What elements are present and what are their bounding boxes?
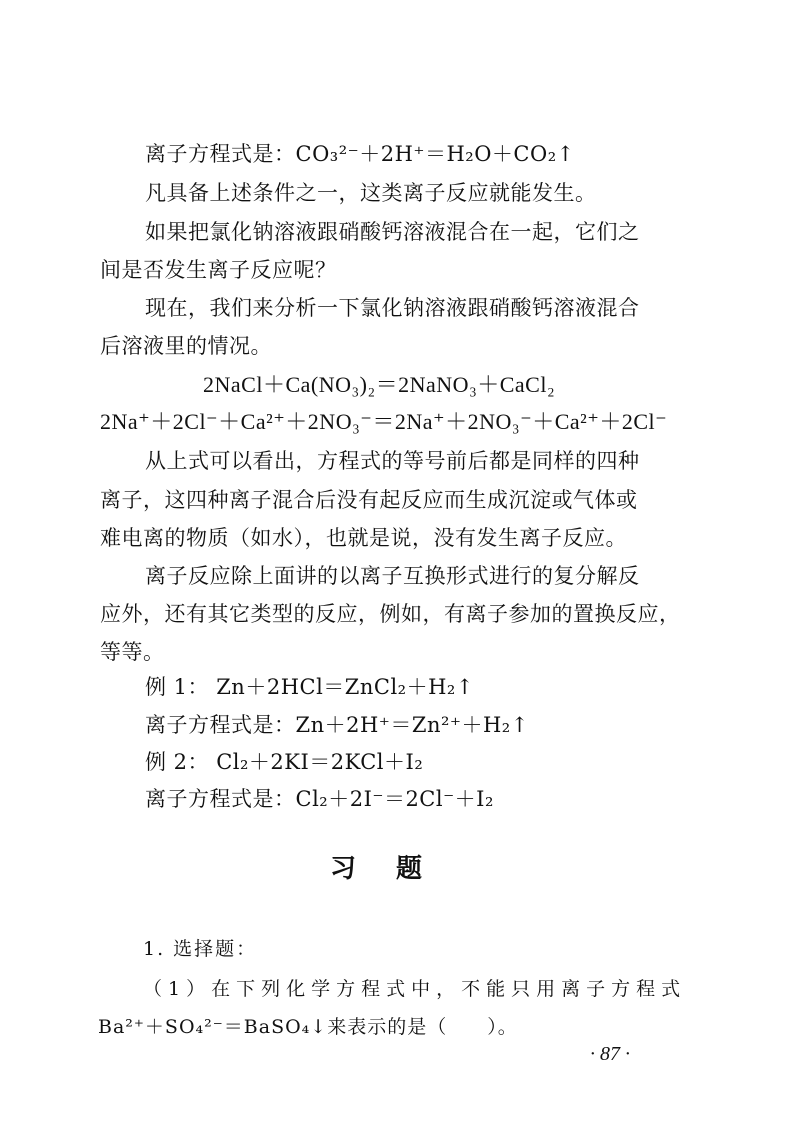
paragraph-line: 间是否发生离子反应呢？	[100, 254, 337, 284]
paragraph-line: 如果把氯化钠溶液跟硝酸钙溶液混合在一起，它们之	[145, 216, 640, 246]
paragraph-line: 离子，这四种离子混合后没有起反应而生成沉淀或气体或	[100, 484, 638, 514]
paragraph-line: 从上式可以看出，方程式的等号前后都是同样的四种	[145, 445, 640, 475]
page-number: · 87 ·	[590, 1043, 630, 1066]
exercises-title: 习题	[330, 848, 462, 885]
ionic-equation-co3: 离子方程式是：CO₃²⁻＋2H⁺＝H₂O＋CO₂↑	[145, 138, 575, 168]
chemical-equation: 2NaCl＋Ca(NO₃)₂＝2NaNO₃＋CaCl₂	[203, 368, 555, 399]
paragraph-line: 凡具备上述条件之一，这类离子反应就能发生。	[145, 177, 597, 207]
paragraph-line: 离子反应除上面讲的以离子互换形式进行的复分解反	[145, 560, 640, 590]
paragraph-line: 等等。	[100, 636, 165, 666]
question-1-1-formula: Ba²⁺＋SO₄²⁻＝BaSO₄↓来表示的是（ ）。	[98, 1012, 518, 1039]
paragraph-line: 应外，还有其它类型的反应，例如，有离子参加的置换反应，	[100, 598, 681, 628]
paragraph-line: 后溶液里的情况。	[100, 330, 272, 360]
ionic-equation: 2Na⁺＋2Cl⁻＋Ca²⁺＋2NO₃⁻＝2Na⁺＋2NO₃⁻＋Ca²⁺＋2Cl…	[100, 405, 667, 436]
question-1-heading: 1. 选择题：	[143, 934, 257, 961]
paragraph-line: 难电离的物质（如水），也就是说，没有发生离子反应。	[100, 522, 627, 552]
example-2-ionic: 离子方程式是：Cl₂＋2I⁻＝2Cl⁻＋I₂	[145, 783, 494, 813]
example-1-equation: 例 1： Zn＋2HCl＝ZnCl₂＋H₂↑	[145, 671, 474, 701]
example-2-equation: 例 2： Cl₂＋2KI＝2KCl＋I₂	[145, 746, 423, 776]
example-1-ionic: 离子方程式是：Zn＋2H⁺＝Zn²⁺＋H₂↑	[145, 709, 529, 739]
paragraph-line: 现在，我们来分析一下氯化钠溶液跟硝酸钙溶液混合	[145, 292, 640, 322]
question-1-1-text: （1）在下列化学方程式中，不能只用离子方程式	[143, 974, 686, 1001]
